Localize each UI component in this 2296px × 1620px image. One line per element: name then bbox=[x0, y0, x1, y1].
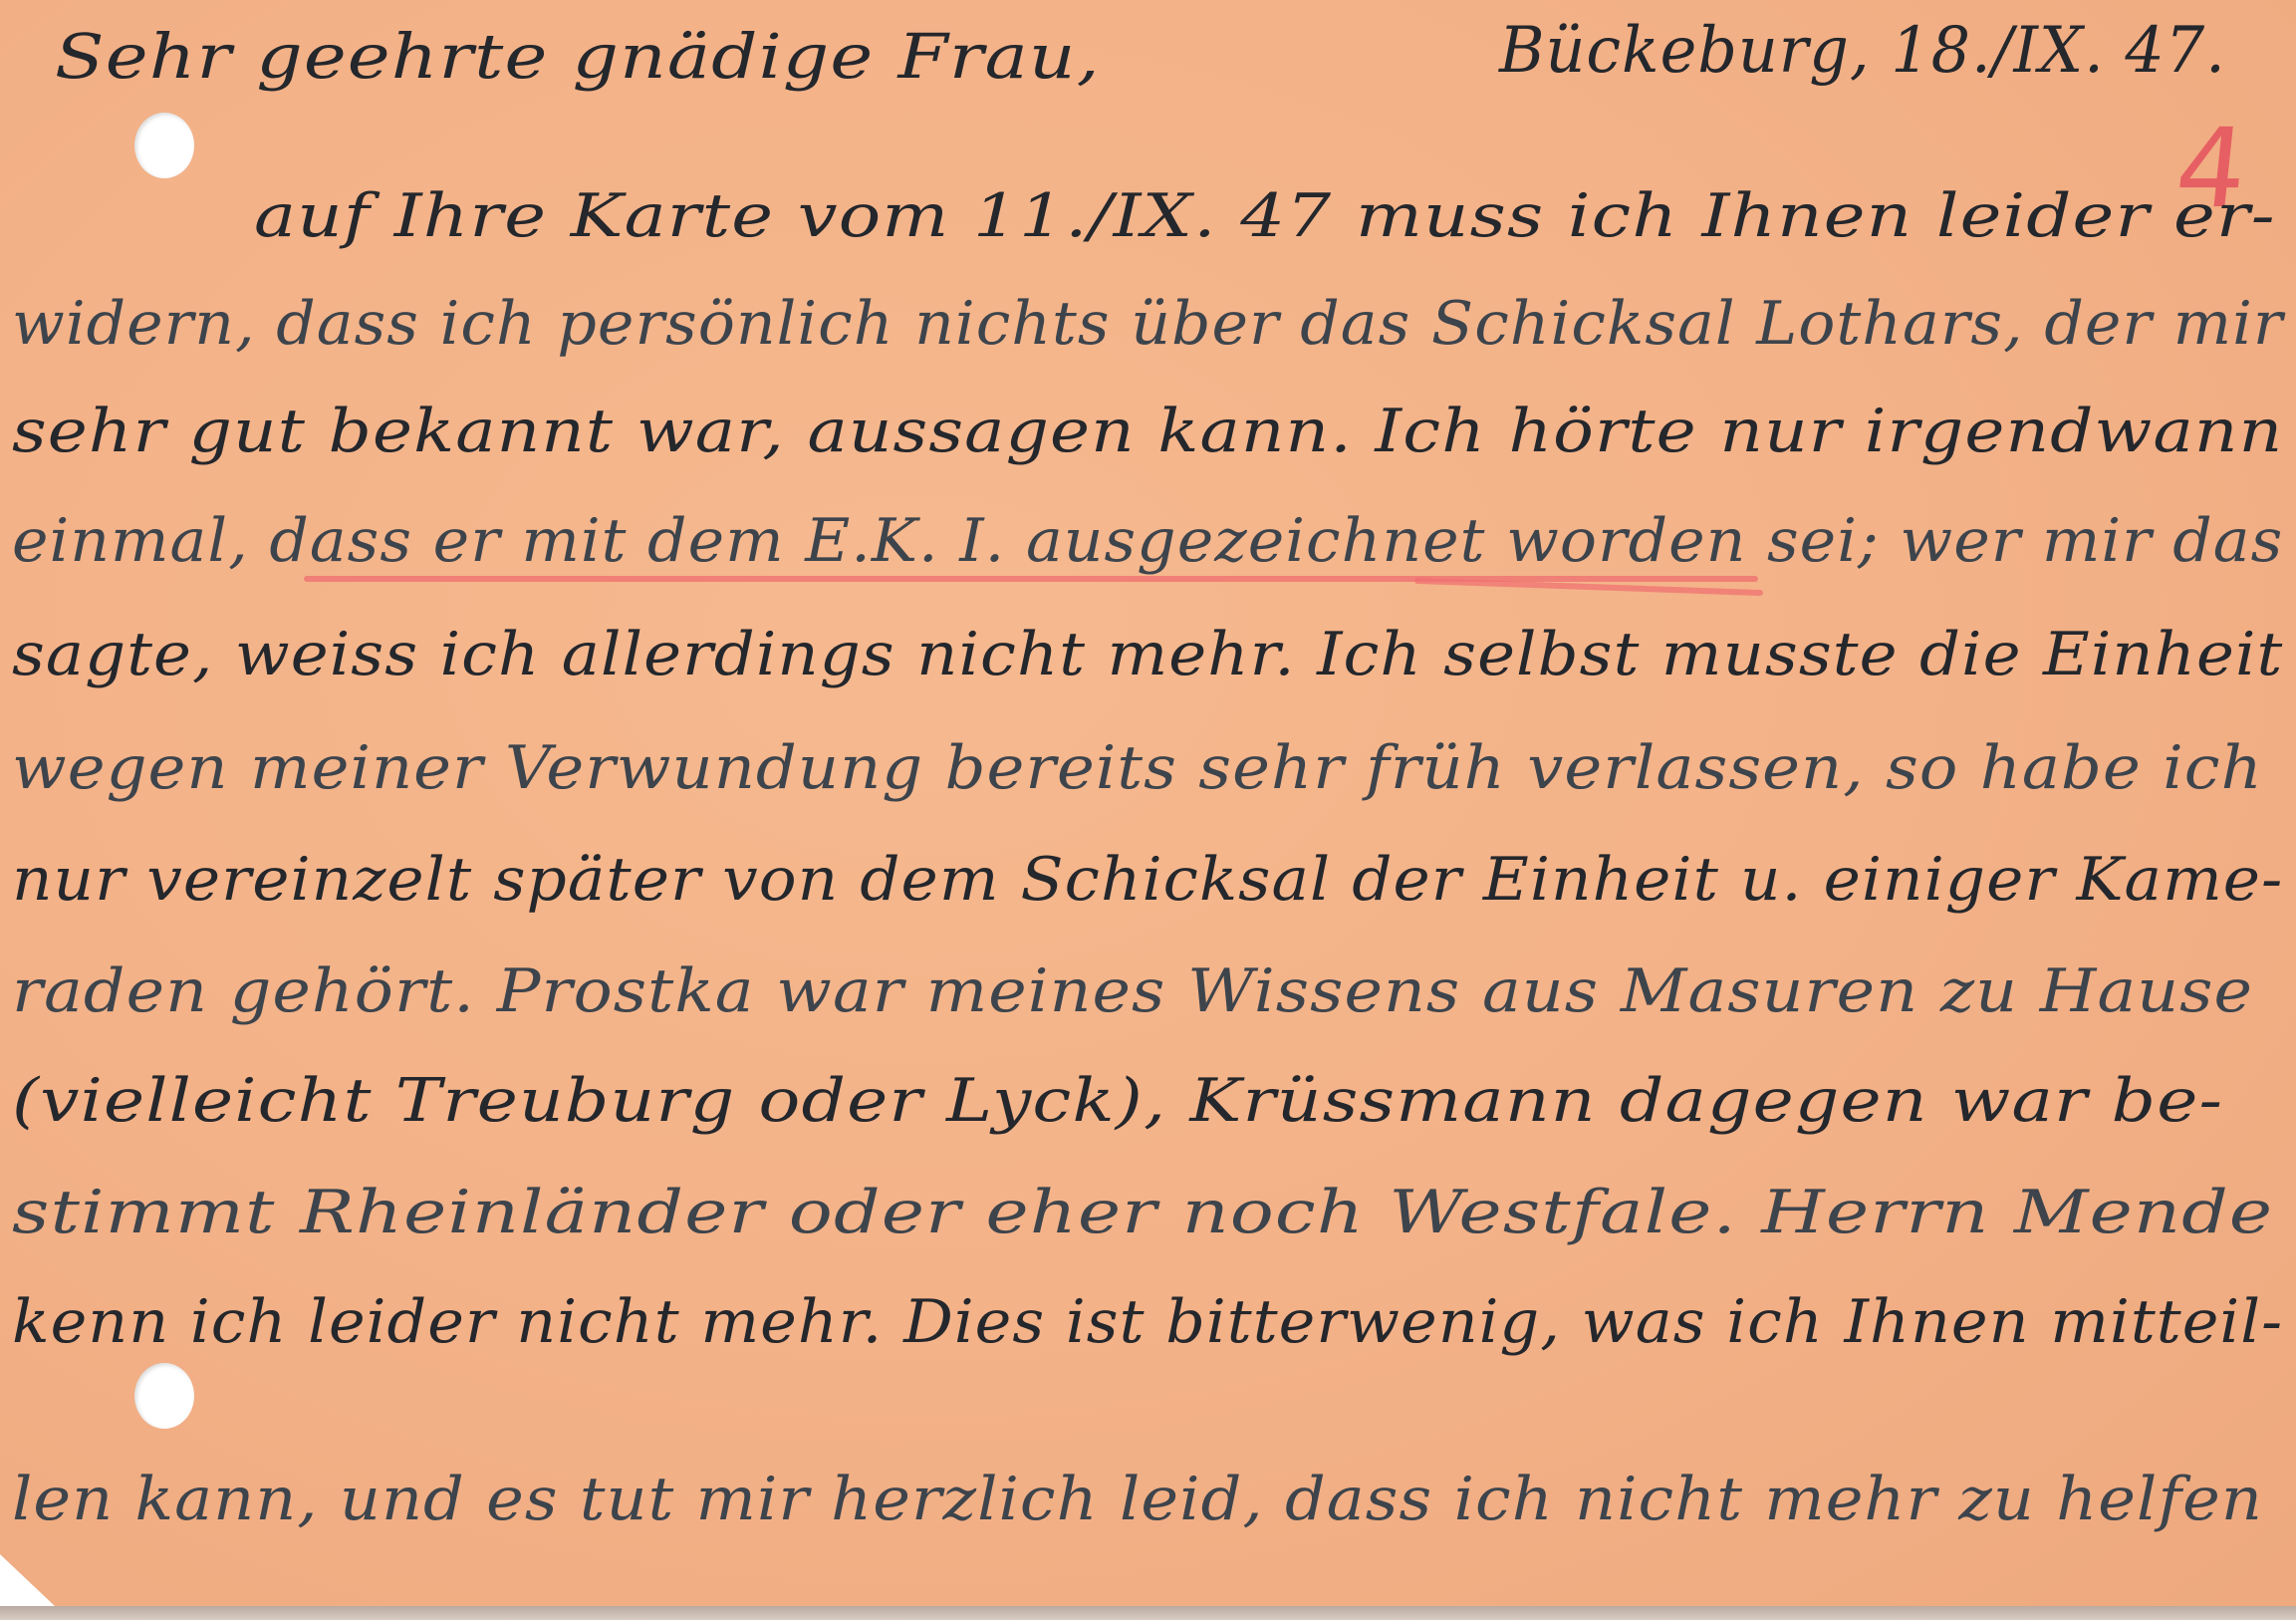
postcard: Sehr geehrte gnädige Frau, Bückeburg, 18… bbox=[0, 0, 2296, 1606]
punch-hole-top bbox=[134, 113, 194, 178]
body-line-9: (vielleicht Treuburg oder Lyck), Krüssma… bbox=[12, 1066, 2223, 1136]
punch-hole-bottom bbox=[134, 1363, 194, 1429]
body-line-1: auf Ihre Karte vom 11./IX. 47 muss ich I… bbox=[254, 181, 2276, 251]
body-line-2: widern, dass ich persönlich nichts über … bbox=[12, 289, 2283, 359]
body-line-11: kenn ich leider nicht mehr. Dies ist bit… bbox=[12, 1287, 2283, 1357]
body-line-12: len kann, und es tut mir herzlich leid, … bbox=[12, 1465, 2263, 1534]
body-line-8: raden gehört. Prostka war meines Wissens… bbox=[12, 956, 2253, 1026]
body-line-10: stimmt Rheinländer oder eher noch Westfa… bbox=[12, 1178, 2273, 1247]
scan-bottom-edge bbox=[0, 1606, 2296, 1620]
body-line-6: wegen meiner Verwundung bereits sehr frü… bbox=[12, 733, 2263, 803]
body-line-4: einmal, dass er mit dem E.K. I. ausgezei… bbox=[12, 506, 2283, 576]
red-underline bbox=[304, 576, 1758, 582]
body-line-3: sehr gut bekannt war, aussagen kann. Ich… bbox=[12, 397, 2283, 466]
body-line-7: nur vereinzelt später von dem Schicksal … bbox=[12, 845, 2283, 915]
place-date: Bückeburg, 18./IX. 47. bbox=[1499, 14, 2226, 88]
salutation: Sehr geehrte gnädige Frau, bbox=[55, 20, 1101, 93]
body-line-5: sagte, weiss ich allerdings nicht mehr. … bbox=[12, 620, 2283, 689]
